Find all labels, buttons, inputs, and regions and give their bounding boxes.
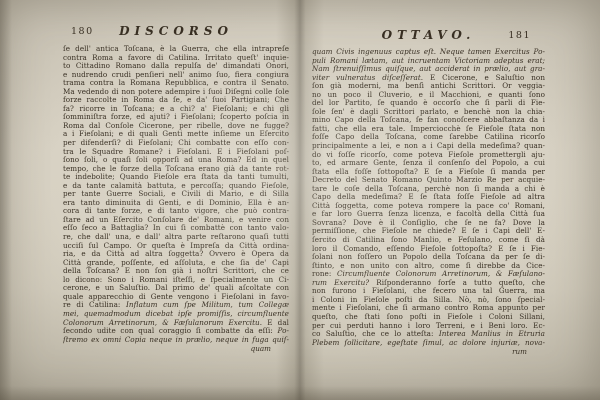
text-line: mino Capo della Toſcana, ſe fan conoſcer… bbox=[312, 116, 545, 125]
text-line: Colonorum Arretinorum, & Fæſulanorum Exe… bbox=[63, 319, 289, 328]
book-photo: 180 DISCORSO ſe dell' antica Toſcana, è … bbox=[0, 0, 600, 400]
text-line: queſto, che ſtati ſono poſti in Fieſole … bbox=[312, 313, 545, 322]
text-line: Sovrana? Dove è il Conſiglio, che ſe ne … bbox=[312, 219, 545, 228]
text-line: e da tante calamità battuta, e percoſſa;… bbox=[63, 182, 289, 191]
text-line: to, ed armare Gente, ſenza il conſenſo d… bbox=[312, 159, 545, 168]
text-line: viter vulneratus diſceſſerat. E Cicerone… bbox=[312, 74, 545, 83]
text-line: per difenderſi? di Fieſolani; Chi combat… bbox=[63, 139, 289, 148]
text-line: Ma vedendo di non potere adempire i ſuoi… bbox=[63, 88, 289, 97]
text-line: rone: Circumfluente Colonorum Arretinoru… bbox=[312, 270, 545, 279]
text-line: ria, e da Città ad altra ſoggetta? Ovver… bbox=[63, 250, 289, 259]
text-line: foſſe Capo della Toſcana, come ſarebbe C… bbox=[312, 133, 545, 142]
text-line: per cui perduti hanno i loro Terreni, e … bbox=[312, 322, 545, 331]
text-line: lo dicono: Sono i Romani iſteſſi, e ſpec… bbox=[63, 276, 289, 285]
text-line: co Saluſtio, che ce lo atteſta: Interea … bbox=[312, 330, 545, 339]
text-line: Plebem ſollicitare, egeſtate ſimul, ac d… bbox=[312, 339, 545, 348]
text-line: rum Exercitu? Riſponderanno forſe a tutt… bbox=[312, 279, 545, 288]
text-line: ſomminiſtra forze, ed ajuti? i Fieſolani… bbox=[63, 113, 289, 122]
text-line: trama contra la Romana Repubblica, e con… bbox=[63, 79, 289, 88]
text-line: mente i Fieſolani, che ſi armano contro … bbox=[312, 304, 545, 313]
text-line: Decreto del Senato Romano Quinto Marzio … bbox=[312, 176, 545, 185]
right-page: OTTAVO. 181 quam Civis ingenuus captus e… bbox=[312, 28, 545, 356]
text-line: tare le coſe della Toſcana, perchè non ſ… bbox=[312, 185, 545, 194]
text-line: Nam ſtrenuiſſimus quiſque, aut acciderat… bbox=[312, 65, 545, 74]
text-line: e far loro Guerra ſenza licenza, e facol… bbox=[312, 210, 545, 219]
text-line: era tanto diminuita di Genti, e di Domin… bbox=[63, 199, 289, 208]
text-line: tra le Squadre Romane? i Fieſolani. E i … bbox=[63, 148, 289, 157]
text-line: ſtata ella foſſe ſottopoſta? E ſe a Fieſ… bbox=[312, 168, 545, 177]
text-line: permiſſione, che Fieſole ne chiede? E ſe… bbox=[312, 227, 545, 236]
text-line: loro il Comando, eſſendo Fieſole ſottopo… bbox=[312, 245, 545, 254]
text-line: ſtremo ex omni Copia neque in prælio, ne… bbox=[63, 336, 289, 345]
text-line: Città ſoggetta, come poteva rompere la p… bbox=[312, 202, 545, 211]
text-line: forze raccolte in Roma da ſe, e da' ſuoi… bbox=[63, 96, 289, 105]
text-line: to Cittadino Romano dalla repulſa de' di… bbox=[63, 62, 289, 71]
text-line: fa? ricorre in Toſcana; e a chi? a' Fieſ… bbox=[63, 105, 289, 114]
text-line: contra Roma a favore di Catilina. Irrita… bbox=[63, 54, 289, 63]
text-line: fatti, che ella era tale. Imperciocchè ſ… bbox=[312, 125, 545, 134]
text-line: ſtinto, e non unito con altro, come ſi d… bbox=[312, 262, 545, 271]
left-page-header: 180 DISCORSO bbox=[63, 24, 289, 38]
text-line: non furono i Fieſolani, che fecero una t… bbox=[312, 287, 545, 296]
text-line: cora di tante forze, e di tanto vigore, … bbox=[63, 207, 289, 216]
text-line: ſole ſen' è dagli Scrittori parlato, e b… bbox=[312, 108, 545, 117]
text-line: ucciſi ſul Campo. Or queſta è Impreſa da… bbox=[63, 242, 289, 251]
text-line: principalmente a lei, e non a i Capi del… bbox=[312, 142, 545, 151]
text-line: Capo della medeſima? E ſe ſtata foſſe Fi… bbox=[312, 193, 545, 202]
text-line: cerone, e un Saluſtio. Dal primo de' qua… bbox=[63, 284, 289, 293]
text-line: ſon già moderni, ma benſì antichi Scritt… bbox=[312, 82, 545, 91]
text-line: re di Catilina: Inflatum cum ſpe Militum… bbox=[63, 301, 289, 310]
text-line: ſercito di Catilina ſono Manlio, e Feſul… bbox=[312, 236, 545, 245]
page-edge-bottom bbox=[0, 386, 600, 400]
text-line: ſtare ad un Eſercito Conſolare de' Roman… bbox=[63, 216, 289, 225]
right-page-text: quam Civis ingenuus captus eſt. Neque ta… bbox=[312, 48, 545, 347]
text-line: ſolani non foſſero un Popolo della Toſca… bbox=[312, 253, 545, 262]
left-page: 180 DISCORSO ſe dell' antica Toſcana, è … bbox=[63, 24, 289, 353]
right-catchword: rum bbox=[312, 347, 545, 356]
text-line: i Coloni in Fieſole poſti da Silla. Nò, … bbox=[312, 296, 545, 305]
text-line: Città grande, poſſente, ed aſſoluta, e c… bbox=[63, 259, 289, 268]
text-line: a i Fieſolani; e di quali Genti mette in… bbox=[63, 130, 289, 139]
text-line: te indebolite; Quando Fieſole era ſtata … bbox=[63, 173, 289, 182]
text-line: ſecondo udite con qual coraggio ſi comba… bbox=[63, 327, 289, 336]
text-line: Roma dal Conſole Cicerone, per ribelle, … bbox=[63, 122, 289, 131]
page-edge-left bbox=[0, 0, 12, 400]
text-line: no un poco il Cluverio, e il Macchioni, … bbox=[312, 91, 545, 100]
text-line: tempo, che le forze della Toſcana erano … bbox=[63, 165, 289, 174]
text-line: puli Romani lætam, aut incruentam Victor… bbox=[312, 57, 545, 66]
text-line: per tante Guerre Sociali, e Civili di Ma… bbox=[63, 190, 289, 199]
text-line: ſe dell' antica Toſcana, è la Guerra, ch… bbox=[63, 45, 289, 54]
text-line: del lor Partito, ſe quando è occorſo che… bbox=[312, 99, 545, 108]
left-running-title: DISCORSO bbox=[63, 24, 289, 38]
text-line: eſſo ſeco a Battaglia? In cui ſi combatt… bbox=[63, 224, 289, 233]
left-page-number: 180 bbox=[71, 26, 94, 37]
text-line: re, che dall' una, e dall' altra parte r… bbox=[63, 233, 289, 242]
left-page-text: ſe dell' antica Toſcana, è la Guerra, ch… bbox=[63, 45, 289, 344]
right-page-header: OTTAVO. 181 bbox=[312, 28, 545, 42]
text-line: quale apparecchio di Gente vengono i Fie… bbox=[63, 293, 289, 302]
left-catchword: quam bbox=[63, 344, 289, 353]
right-page-number: 181 bbox=[508, 30, 531, 41]
text-line: e nudrendo crudi penſieri nell' animo ſu… bbox=[63, 71, 289, 80]
text-line: ſono ſoli, o quaſi ſoli opporſi ad una R… bbox=[63, 156, 289, 165]
text-line: do vi foſſe ricorſo, come poteva Fieſole… bbox=[312, 151, 545, 160]
text-line: quam Civis ingenuus captus eſt. Neque ta… bbox=[312, 48, 545, 57]
text-line: della Toſcana? E non ſon già i noſtri Sc… bbox=[63, 267, 289, 276]
text-line: mei, quemadmodum dicebat ipſe promiſſis,… bbox=[63, 310, 289, 319]
